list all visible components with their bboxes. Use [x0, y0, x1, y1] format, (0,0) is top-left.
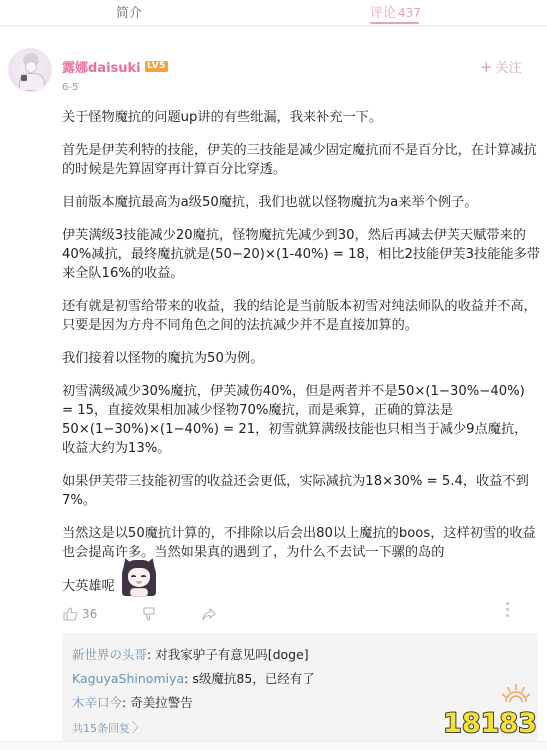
- comment-paragraph: 首先是伊芙利特的技能，伊芙的三技能是减少固定魔抗而不是百分比，在计算减抗的时候是…: [62, 141, 540, 179]
- active-tab-indicator: [370, 22, 419, 24]
- chevron-right-icon: 〉: [132, 721, 145, 736]
- comment-paragraph: 初雪满级减少30%魔抗，伊芙减伤40%，但是两者并不是50×(1−30%−40%…: [62, 382, 540, 458]
- comment-paragraph: 目前版本魔抗最高为a级50魔抗，我们也就以怪物魔抗为a来举个例子。: [62, 193, 540, 212]
- comment-actions: 36: [62, 604, 217, 624]
- tab-intro-label: 简介: [116, 6, 142, 21]
- reply-item[interactable]: 新世界の头哥: 对我家驴子有意见吗[doge]: [72, 643, 538, 667]
- thumbs-up-icon: [62, 606, 78, 622]
- bottom-divider: [0, 741, 547, 750]
- comment-body: 关于怪物魔抗的问题up讲的有些纰漏，我来补充一下。 首先是伊芙利特的技能，伊芙的…: [62, 108, 540, 576]
- follow-button[interactable]: +关注: [480, 57, 522, 76]
- tab-comments[interactable]: 评论437: [370, 2, 421, 21]
- comment-author[interactable]: 露娜daisuki: [62, 57, 141, 76]
- reply-text: s级魔抗85，已经有了: [192, 671, 314, 686]
- reply-text: 奇美拉警告: [130, 695, 193, 710]
- tab-intro[interactable]: 简介: [116, 2, 142, 21]
- comment-paragraph: 伊芙满级3技能减少20魔抗，怪物魔抗先减少到30，然后再减去伊芙天赋带来的40%…: [62, 226, 540, 283]
- svg-text:18183: 18183: [443, 708, 537, 739]
- anime-girl-sticker-icon: [119, 558, 159, 598]
- closing-text: 大英雄呢: [62, 575, 115, 594]
- 18183-logo-icon: 18183: [440, 680, 540, 742]
- reply-author[interactable]: 木辛口今: [72, 695, 122, 710]
- follow-label: 关注: [496, 61, 522, 76]
- reply-author[interactable]: 新世界の头哥: [72, 647, 147, 662]
- tab-bar: 简介 评论437: [0, 0, 547, 26]
- dislike-button[interactable]: [141, 606, 157, 622]
- thumbs-down-icon: [141, 606, 157, 622]
- share-icon: [201, 606, 217, 622]
- comment-paragraph: 关于怪物魔抗的问题up讲的有些纰漏，我来补充一下。: [62, 108, 540, 127]
- reply-text: 对我家驴子有意见吗[doge]: [155, 647, 308, 662]
- plus-icon: +: [480, 58, 493, 76]
- closing-line: 大英雄呢: [62, 558, 159, 598]
- comment-paragraph: 如果伊芙带三技能初雪的收益还会更低，实际减抗为18×30% = 5.4，收益不到…: [62, 472, 540, 510]
- comment-paragraph: 当然这是以50魔抗计算的，不排除以后会出80以上魔抗的boos，这样初雪的收益也…: [62, 524, 540, 562]
- comment-paragraph: 我们接着以怪物的魔抗为50为例。: [62, 349, 540, 368]
- more-options-icon[interactable]: [504, 602, 510, 620]
- like-count: 36: [82, 607, 97, 621]
- tab-comments-label: 评论: [370, 6, 396, 21]
- comment-count: 437: [398, 6, 421, 20]
- level-badge: LV5: [145, 61, 168, 72]
- comment-paragraph: 还有就是初雪给带来的收益，我的结论是当前版本初雪对纯法师队的收益并不高，只要是因…: [62, 297, 540, 335]
- share-button[interactable]: [201, 606, 217, 622]
- like-button[interactable]: 36: [62, 606, 97, 622]
- comment-date: 6-5: [62, 82, 78, 93]
- avatar[interactable]: [8, 48, 52, 92]
- reply-author[interactable]: KaguyaShinomiya: [72, 671, 184, 686]
